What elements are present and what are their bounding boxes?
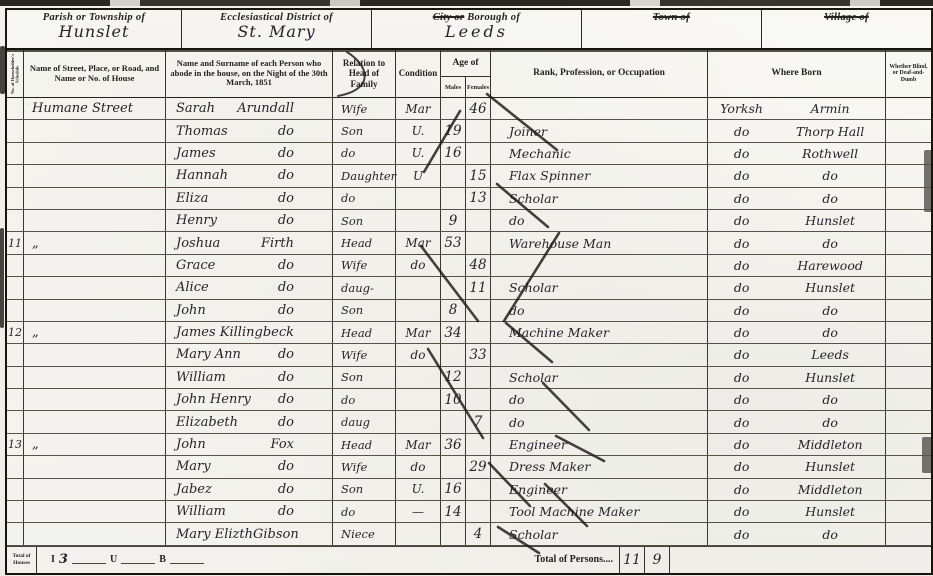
- cell-age-female: [466, 367, 491, 388]
- total-persons-label: Total of Persons....: [534, 554, 613, 565]
- born-county: do: [708, 213, 775, 228]
- cell-relation: Wife: [333, 344, 396, 365]
- person-surname: Firth: [261, 236, 294, 251]
- cell-condition: do: [396, 255, 441, 276]
- person-surname: Fox: [271, 437, 294, 452]
- cell-remarks: [886, 523, 931, 544]
- cell-relation: do: [333, 188, 396, 209]
- cell-name: JamesKillingbeck: [166, 322, 333, 343]
- inhabited-value: 3: [59, 552, 68, 567]
- cell-age-male: [441, 523, 466, 544]
- cell-occupation: Machine Maker: [491, 322, 708, 343]
- rule-line: [121, 555, 155, 564]
- born-county: do: [708, 370, 775, 385]
- cell-remarks: [886, 411, 931, 432]
- cell-where-born: doHunslet: [708, 277, 886, 298]
- born-county: do: [708, 437, 775, 452]
- cell-occupation: do: [491, 210, 708, 231]
- person-given-name: Mary: [176, 459, 211, 474]
- cell-condition: Mar: [396, 434, 441, 455]
- born-place: do: [775, 415, 885, 430]
- occupation-value: Joiner: [509, 124, 547, 139]
- cell-relation: daug-: [333, 277, 396, 298]
- cell-condition: —: [396, 501, 441, 522]
- cell-name: Jabezdo: [166, 479, 333, 500]
- person-surname: do: [278, 280, 294, 295]
- born-place: do: [775, 325, 885, 340]
- cell-condition: U.: [396, 120, 441, 141]
- person-surname: do: [278, 258, 294, 273]
- cell-relation: daug: [333, 411, 396, 432]
- person-given-name: Henry: [176, 213, 217, 228]
- person-surname: Gibson: [253, 527, 299, 542]
- cell-condition: [396, 523, 441, 544]
- table-row: Henrydo Son 9 do doHunslet: [7, 210, 931, 232]
- born-place: Hunslet: [775, 459, 885, 474]
- cell-remarks: [886, 210, 931, 231]
- cell-name: Alicedo: [166, 277, 333, 298]
- parish-value: Hunslet: [59, 22, 130, 41]
- occupation-value: do: [509, 392, 525, 407]
- cell-remarks: [886, 277, 931, 298]
- schedule-number: 12: [8, 326, 22, 339]
- cell-remarks: [886, 120, 931, 141]
- cell-name: JohnFox: [166, 434, 333, 455]
- cell-where-born: doThorp Hall: [708, 120, 886, 141]
- cell-schedule-number: [7, 120, 24, 141]
- cell-remarks: [886, 456, 931, 477]
- person-given-name: William: [176, 370, 226, 385]
- cell-occupation: Mechanic: [491, 143, 708, 164]
- age-female-value: 48: [469, 257, 486, 273]
- cell-schedule-number: [7, 479, 24, 500]
- cell-age-female: [466, 143, 491, 164]
- table-row: Alicedo daug- 11 Scholar doHunslet: [7, 277, 931, 299]
- age-male-value: 10: [444, 392, 461, 408]
- condition-value: U: [413, 169, 423, 183]
- col-name-header: Name and Surname of each Person who abod…: [166, 50, 333, 97]
- cell-condition: [396, 389, 441, 410]
- born-county: do: [708, 415, 775, 430]
- cell-condition: [396, 210, 441, 231]
- cell-age-female: [466, 210, 491, 231]
- cell-age-female: [466, 120, 491, 141]
- table-row: 12 „ JamesKillingbeck Head Mar 34 Machin…: [7, 322, 931, 344]
- cell-occupation: do: [491, 411, 708, 432]
- relation-value: do: [341, 393, 355, 407]
- cell-age-male: [441, 188, 466, 209]
- cell-relation: Son: [333, 210, 396, 231]
- cell-name: Hannahdo: [166, 165, 333, 186]
- born-place: Harewood: [775, 258, 885, 273]
- person-given-name: James: [176, 325, 216, 340]
- cell-where-born: dodo: [708, 411, 886, 432]
- cell-street: [24, 389, 166, 410]
- relation-value: do: [341, 505, 355, 519]
- age-female-value: 15: [469, 168, 486, 184]
- census-table: No. of Householder's Schedule Name of St…: [5, 48, 933, 575]
- column-headers: No. of Householder's Schedule Name of St…: [7, 50, 931, 98]
- born-place: Middleton: [775, 482, 885, 497]
- cell-condition: do: [396, 456, 441, 477]
- relation-value: do: [341, 146, 355, 160]
- person-given-name: John: [176, 437, 206, 452]
- cell-relation: Wife: [333, 255, 396, 276]
- age-male-value: 16: [444, 481, 461, 497]
- cell-age-female: 33: [466, 344, 491, 365]
- cell-where-born: doHunslet: [708, 367, 886, 388]
- table-row: Marydo Wife do 29 Dress Maker doHunslet: [7, 456, 931, 478]
- census-page-scan: Parish or Township of Hunslet Ecclesiast…: [0, 0, 933, 576]
- cell-schedule-number: [7, 188, 24, 209]
- cell-name: Williamdo: [166, 501, 333, 522]
- scan-smudge: [0, 228, 4, 328]
- cell-name: Jamesdo: [166, 143, 333, 164]
- cell-schedule-number: [7, 344, 24, 365]
- cell-name: Elizado: [166, 188, 333, 209]
- table-row: Elizado do 13 Scholar dodo: [7, 188, 931, 210]
- cell-remarks: [886, 165, 931, 186]
- col-schedule-label: No. of Householder's Schedule: [11, 52, 20, 96]
- born-place: do: [775, 236, 885, 251]
- col-age-header: Age of Males Females: [441, 50, 491, 97]
- col-condition-header: Condition: [396, 50, 441, 97]
- cell-age-male: 12: [441, 367, 466, 388]
- born-county: do: [708, 146, 775, 161]
- cell-relation: do: [333, 501, 396, 522]
- cell-schedule-number: [7, 501, 24, 522]
- occupation-value: Mechanic: [509, 146, 571, 161]
- cell-schedule-number: [7, 411, 24, 432]
- cell-age-female: [466, 479, 491, 500]
- person-surname: do: [278, 213, 294, 228]
- relation-value: Head: [341, 438, 372, 452]
- cell-remarks: [886, 389, 931, 410]
- field-ecclesiastical-district: Ecclesiastical District of St. Mary: [182, 10, 372, 50]
- cell-occupation: Engineer: [491, 434, 708, 455]
- cell-age-male: [441, 98, 466, 119]
- relation-value: Wife: [341, 258, 367, 272]
- cell-schedule-number: [7, 255, 24, 276]
- relation-value: Niece: [341, 527, 375, 541]
- cell-street: „: [24, 232, 166, 253]
- relation-value: Son: [341, 482, 363, 496]
- person-given-name: Mary Elizth: [176, 527, 253, 542]
- cell-age-male: 16: [441, 143, 466, 164]
- cell-street: [24, 120, 166, 141]
- cell-relation: Wife: [333, 98, 396, 119]
- cell-relation: Son: [333, 120, 396, 141]
- inhabited-label: I: [51, 554, 55, 565]
- cell-where-born: doHunslet: [708, 501, 886, 522]
- col-remarks-header: Whether Blind, or Deaf-and-Dumb: [886, 50, 931, 97]
- cell-street: [24, 501, 166, 522]
- relation-value: Head: [341, 326, 372, 340]
- born-county: do: [708, 191, 775, 206]
- cell-remarks: [886, 255, 931, 276]
- cell-age-female: 11: [466, 277, 491, 298]
- field-parish: Parish or Township of Hunslet: [7, 10, 182, 50]
- cell-relation: Head: [333, 232, 396, 253]
- person-surname: do: [278, 347, 294, 362]
- person-given-name: Mary Ann: [176, 347, 241, 362]
- cell-age-female: 13: [466, 188, 491, 209]
- cell-schedule-number: [7, 98, 24, 119]
- born-county: do: [708, 168, 775, 183]
- field-borough: City or Borough of Leeds: [372, 10, 582, 50]
- age-female-value: 46: [469, 101, 486, 117]
- cell-condition: Mar: [396, 232, 441, 253]
- condition-value: U.: [412, 482, 425, 496]
- cell-occupation: Scholar: [491, 188, 708, 209]
- person-given-name: Thomas: [176, 124, 228, 139]
- occupation-value: do: [509, 213, 525, 228]
- relation-value: Wife: [341, 348, 367, 362]
- cell-relation: Wife: [333, 456, 396, 477]
- cell-occupation: Engineer: [491, 479, 708, 500]
- person-surname: do: [278, 459, 294, 474]
- cell-schedule-number: [7, 277, 24, 298]
- col-occupation-header: Rank, Profession, or Occupation: [491, 50, 708, 97]
- cell-occupation: Scholar: [491, 277, 708, 298]
- cell-occupation: Flax Spinner: [491, 165, 708, 186]
- born-place: Hunslet: [775, 280, 885, 295]
- age-of-label: Age of: [441, 50, 490, 77]
- cell-schedule-number: [7, 300, 24, 321]
- born-county: do: [708, 258, 775, 273]
- table-row: Elizabethdo daug 7 do dodo: [7, 411, 931, 433]
- born-county: do: [708, 392, 775, 407]
- cell-age-female: 48: [466, 255, 491, 276]
- born-place: Middleton: [775, 437, 885, 452]
- cell-remarks: [886, 300, 931, 321]
- cell-street: [24, 479, 166, 500]
- person-given-name: John Henry: [176, 392, 251, 407]
- born-place: Rothwell: [775, 146, 885, 161]
- cell-remarks: [886, 98, 931, 119]
- cell-condition: [396, 188, 441, 209]
- occupation-value: Warehouse Man: [509, 236, 611, 251]
- born-place: Hunslet: [775, 370, 885, 385]
- age-female-value: 33: [469, 347, 486, 363]
- born-place: do: [775, 527, 885, 542]
- cell-age-female: [466, 501, 491, 522]
- person-surname: Killingbeck: [220, 325, 294, 340]
- born-place: do: [775, 392, 885, 407]
- cell-name: Henrydo: [166, 210, 333, 231]
- condition-value: Mar: [405, 102, 430, 116]
- relation-value: Wife: [341, 102, 367, 116]
- cell-street: [24, 210, 166, 231]
- occupation-value: Engineer: [509, 482, 567, 497]
- person-surname: do: [278, 392, 294, 407]
- cell-schedule-number: [7, 367, 24, 388]
- cell-condition: U: [396, 165, 441, 186]
- born-place: do: [775, 303, 885, 318]
- cell-occupation: Joiner: [491, 120, 708, 141]
- total-males-cell: 11: [619, 547, 644, 573]
- cell-relation: do: [333, 389, 396, 410]
- field-town: Town of: [582, 10, 762, 50]
- cell-street: [24, 165, 166, 186]
- person-given-name: Hannah: [176, 168, 228, 183]
- rule-line: [72, 555, 106, 564]
- cell-condition: U.: [396, 479, 441, 500]
- cell-age-male: [441, 456, 466, 477]
- condition-value: U.: [412, 146, 425, 160]
- cell-condition: [396, 367, 441, 388]
- cell-relation: Niece: [333, 523, 396, 544]
- cell-occupation: [491, 98, 708, 119]
- born-place: do: [775, 191, 885, 206]
- condition-value: U.: [412, 124, 425, 138]
- cell-street: [24, 277, 166, 298]
- person-surname: do: [278, 482, 294, 497]
- born-place: Thorp Hall: [775, 124, 885, 139]
- col-schedule-header: No. of Householder's Schedule: [7, 50, 24, 97]
- cell-schedule-number: [7, 389, 24, 410]
- borough-value: Leeds: [445, 22, 508, 41]
- person-surname: do: [278, 504, 294, 519]
- cell-age-male: 53: [441, 232, 466, 253]
- person-surname: do: [278, 303, 294, 318]
- age-female-value: 13: [469, 190, 486, 206]
- cell-occupation: do: [491, 300, 708, 321]
- total-females-cell: 9: [644, 547, 669, 573]
- born-county: do: [708, 280, 775, 295]
- born-county: do: [708, 459, 775, 474]
- cell-street: [24, 411, 166, 432]
- cell-relation: Head: [333, 322, 396, 343]
- born-county: do: [708, 482, 775, 497]
- cell-remarks: [886, 232, 931, 253]
- relation-value: Head: [341, 236, 372, 250]
- person-surname: do: [278, 415, 294, 430]
- cell-relation: Son: [333, 367, 396, 388]
- table-row: Mary Anndo Wife do 33 doLeeds: [7, 344, 931, 366]
- age-male-value: 53: [444, 235, 461, 251]
- cell-age-female: [466, 434, 491, 455]
- cell-relation: Son: [333, 479, 396, 500]
- cell-relation: Head: [333, 434, 396, 455]
- total-females-value: 9: [653, 552, 662, 568]
- relation-value: Son: [341, 124, 363, 138]
- rule-line: [170, 555, 204, 564]
- born-place: Armin: [775, 101, 885, 116]
- age-male-value: 19: [444, 123, 461, 139]
- cell-relation: Daughter: [333, 165, 396, 186]
- age-females-label: Females: [466, 77, 490, 97]
- cell-occupation: do: [491, 389, 708, 410]
- cell-occupation: Scholar: [491, 367, 708, 388]
- relation-value: Wife: [341, 460, 367, 474]
- condition-value: Mar: [405, 326, 430, 340]
- table-row: 11 „ JoshuaFirth Head Mar 53 Warehouse M…: [7, 232, 931, 254]
- uninhabited-label: U: [110, 554, 117, 565]
- born-place: Leeds: [775, 347, 885, 362]
- cell-where-born: doMiddleton: [708, 434, 886, 455]
- cell-where-born: dodo: [708, 300, 886, 321]
- cell-remarks: [886, 322, 931, 343]
- cell-street: [24, 344, 166, 365]
- condition-value: —: [412, 505, 424, 519]
- occupation-value: Tool Machine Maker: [509, 504, 639, 519]
- occupation-value: do: [509, 415, 525, 430]
- cell-where-born: YorkshArmin: [708, 98, 886, 119]
- cell-remarks: [886, 367, 931, 388]
- cell-where-born: doMiddleton: [708, 479, 886, 500]
- born-county: do: [708, 236, 775, 251]
- total-houses-box: Total of Houses: [7, 547, 37, 573]
- cell-name: SarahArundall: [166, 98, 333, 119]
- cell-street: [24, 367, 166, 388]
- table-row: Johndo Son 8 do dodo: [7, 300, 931, 322]
- cell-schedule-number: [7, 165, 24, 186]
- condition-value: do: [411, 348, 426, 362]
- cell-where-born: dodo: [708, 389, 886, 410]
- col-street-header: Name of Street, Place, or Road, and Name…: [24, 50, 166, 97]
- cell-condition: U.: [396, 143, 441, 164]
- person-surname: do: [278, 124, 294, 139]
- relation-value: do: [341, 191, 355, 205]
- cell-occupation: Scholar: [491, 523, 708, 544]
- person-given-name: Alice: [176, 280, 209, 295]
- born-county: Yorksh: [708, 101, 775, 116]
- age-male-value: 14: [444, 504, 461, 520]
- age-males-label: Males: [441, 77, 466, 97]
- cell-name: Williamdo: [166, 367, 333, 388]
- cell-age-male: 34: [441, 322, 466, 343]
- occupation-value: Scholar: [509, 191, 558, 206]
- cell-remarks: [886, 188, 931, 209]
- cell-name: Marydo: [166, 456, 333, 477]
- occupation-value: Scholar: [509, 280, 558, 295]
- footer-blank: [669, 547, 931, 573]
- cell-occupation: [491, 255, 708, 276]
- condition-value: Mar: [405, 438, 430, 452]
- table-row: Thomasdo Son U. 19 Joiner doThorp Hall: [7, 120, 931, 142]
- cell-occupation: Dress Maker: [491, 456, 708, 477]
- born-place: do: [775, 168, 885, 183]
- cell-remarks: [886, 501, 931, 522]
- cell-street: [24, 143, 166, 164]
- cell-age-female: 29: [466, 456, 491, 477]
- cell-street: [24, 456, 166, 477]
- col-born-header: Where Born: [708, 50, 886, 97]
- street-name: „: [32, 236, 39, 251]
- occupation-value: Machine Maker: [509, 325, 609, 340]
- cell-occupation: Warehouse Man: [491, 232, 708, 253]
- street-name: „: [32, 437, 39, 452]
- cell-street: [24, 188, 166, 209]
- cell-name: Mary Anndo: [166, 344, 333, 365]
- cell-condition: [396, 411, 441, 432]
- street-name: Humane Street: [32, 101, 133, 116]
- born-county: do: [708, 325, 775, 340]
- street-name: „: [32, 325, 39, 340]
- cell-where-born: doHunslet: [708, 210, 886, 231]
- person-surname: Arundall: [237, 101, 294, 116]
- cell-where-born: doLeeds: [708, 344, 886, 365]
- cell-name: Gracedo: [166, 255, 333, 276]
- person-surname: do: [278, 191, 294, 206]
- relation-value: Daughter: [341, 169, 396, 183]
- cell-age-male: 14: [441, 501, 466, 522]
- cell-condition: [396, 277, 441, 298]
- cell-street: [24, 300, 166, 321]
- census-rows: Humane Street SarahArundall Wife Mar 46 …: [7, 98, 931, 546]
- cell-occupation: [491, 344, 708, 365]
